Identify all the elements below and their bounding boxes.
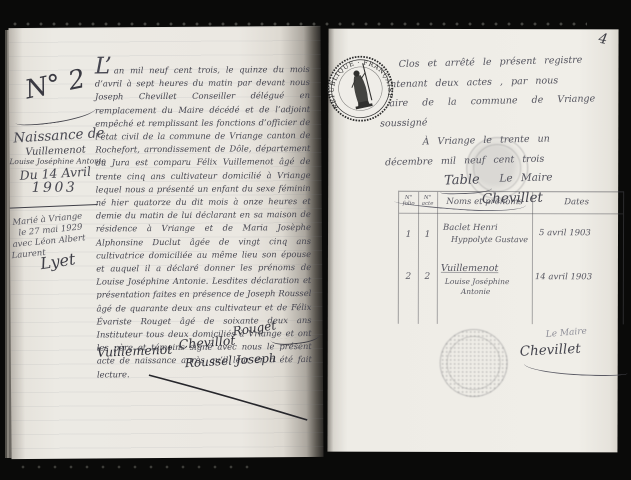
- col-header-dates: Dates: [532, 197, 621, 207]
- table-row2-acte: 2: [418, 272, 437, 282]
- table-row2-folio: 2: [399, 272, 418, 282]
- table-column-line: [437, 192, 438, 324]
- register-scan: N° 2 Naissance de Vuillemenot Louise Jos…: [0, 0, 631, 480]
- col-header-acte: N° acte: [418, 195, 437, 207]
- table-column-line: [532, 192, 533, 324]
- bottom-le-maire-label: Le Maire: [545, 327, 587, 340]
- table-header-line: [399, 213, 623, 215]
- faint-round-stamp-icon: [440, 329, 508, 397]
- right-page: 4 Clos et arrêté le présent registre con…: [327, 29, 618, 453]
- col-header-folio: N° folio: [399, 195, 418, 207]
- table-row2-name: Vuillemenot: [441, 263, 498, 274]
- republique-francaise-seal-icon: RÉPUBLIQUE · FRANÇAISE: [320, 48, 401, 129]
- table-row2-name: Louise Joséphine: [445, 277, 510, 286]
- col-header-names: Noms et prénoms: [437, 197, 532, 207]
- table-row2-name: Antonie: [461, 287, 490, 296]
- table-row1-name: Hyppolyte Gustave: [451, 235, 528, 244]
- table-row1-name: Baclet Henri: [443, 223, 498, 233]
- table-row1-date: 5 avril 1903: [539, 228, 591, 238]
- table-row2-date: 14 avril 1903: [535, 272, 592, 282]
- table-row1-acte: 1: [418, 230, 437, 240]
- table-column-line: [418, 192, 419, 324]
- table-title: Table: [444, 172, 480, 188]
- diagonal-pen-stroke: [8, 26, 323, 459]
- page-number: 4: [597, 31, 609, 48]
- left-page: N° 2 Naissance de Vuillemenot Louise Jos…: [8, 26, 323, 459]
- table-row1-folio: 1: [399, 230, 418, 240]
- signature-flourish: [523, 362, 627, 377]
- scan-dust-bottom: [20, 464, 250, 470]
- bottom-maire-signature: Chevillet: [519, 341, 581, 360]
- index-table: N° folio N° acte Noms et prénoms Dates 1…: [398, 191, 624, 325]
